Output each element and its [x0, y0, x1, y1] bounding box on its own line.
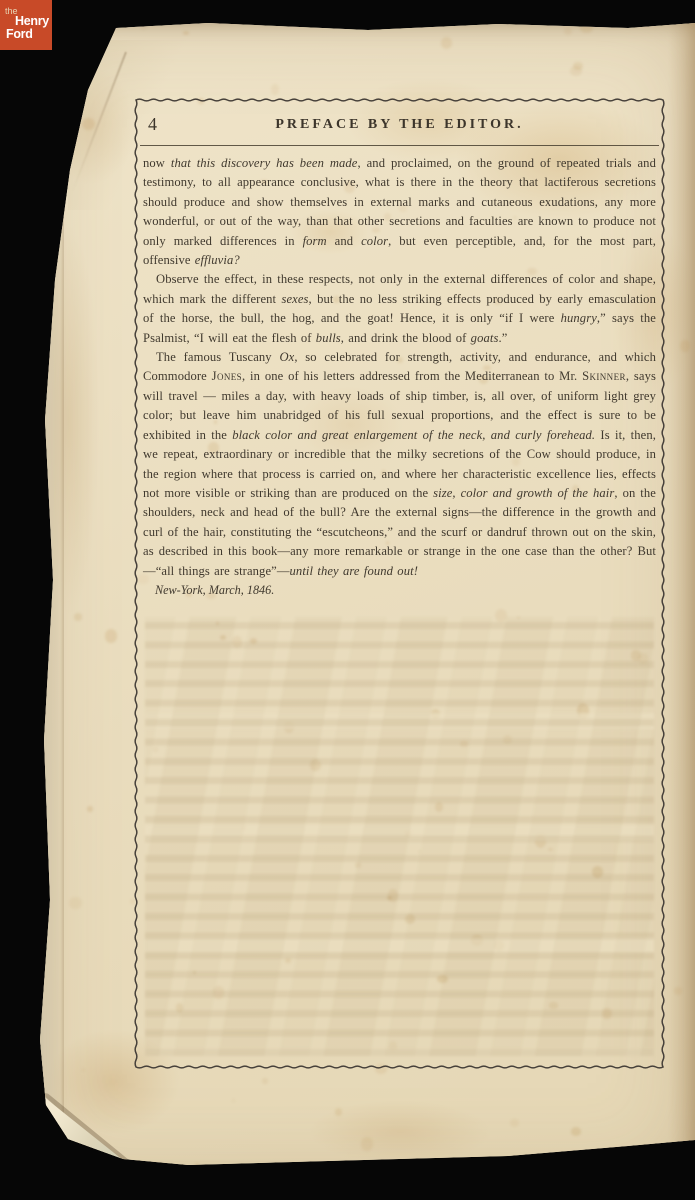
page-right-edge-shading	[669, 20, 695, 1182]
page-number: 4	[148, 114, 157, 135]
text-segment: size, color and growth of the hair	[433, 486, 614, 500]
foxing-spot	[140, 24, 147, 30]
header-rule	[140, 145, 659, 146]
text-segment: that this discovery has been made	[171, 156, 358, 170]
foxing-spot	[98, 1157, 101, 1160]
text-segment: sexes	[281, 292, 308, 306]
foxing-spot	[441, 37, 452, 49]
text-segment: black color and great enlargement of the…	[232, 428, 595, 442]
foxing-spot	[571, 1127, 582, 1136]
foxing-spot	[82, 1069, 85, 1072]
dogear-face	[32, 1092, 132, 1174]
logo-name-line1: Henry	[15, 15, 49, 28]
foxing-spot	[74, 613, 82, 620]
foxing-spot	[232, 1099, 235, 1101]
text-segment: Ox	[279, 350, 294, 364]
foxing-spot	[48, 58, 60, 73]
foxing-spot	[195, 1163, 199, 1166]
foxing-spot	[262, 1078, 269, 1084]
scanned-book-page: 4 PREFACE BY THE EDITOR. now that this d…	[28, 20, 695, 1182]
paragraph: now that this discovery has been made, a…	[143, 154, 656, 270]
dateline: New-York, March, 1846.	[155, 583, 666, 598]
foxing-spot	[602, 1150, 605, 1152]
text-segment: effluvia?	[195, 253, 240, 267]
text-segment: color	[361, 234, 388, 248]
dogear-fold	[32, 1092, 132, 1174]
viewer-background: the Henry Ford 4 PREFACE BY THE EDITOR. …	[0, 0, 695, 1200]
foxing-spot	[87, 806, 92, 812]
text-segment: until they are found out!	[290, 564, 418, 578]
running-head-title: PREFACE BY THE EDITOR.	[133, 114, 666, 133]
foxing-spot	[271, 84, 279, 94]
ghost-text-bleedthrough	[145, 617, 654, 1056]
text-segment: form	[303, 234, 327, 248]
foxing-spot	[680, 340, 690, 353]
foxing-spot	[508, 21, 513, 26]
henry-ford-logo: the Henry Ford	[0, 0, 52, 50]
foxing-spot	[41, 121, 48, 129]
text-segment: bulls	[316, 331, 341, 345]
text-segment: goats	[471, 331, 499, 345]
frame-inner: 4 PREFACE BY THE EDITOR. now that this d…	[133, 97, 666, 1070]
text-segment: The famous Tuscany	[156, 350, 279, 364]
printed-frame: 4 PREFACE BY THE EDITOR. now that this d…	[133, 97, 666, 1070]
text-segment: Jones	[212, 369, 242, 383]
text-segment: , in one of his letters addressed from t…	[242, 369, 582, 383]
text-segment: .”	[498, 331, 507, 345]
text-segment: and	[327, 234, 361, 248]
foxing-spot	[69, 897, 82, 909]
page-left-deckle-edge	[28, 20, 64, 1182]
paragraph: The famous Tuscany Ox, so celebrated for…	[143, 348, 656, 581]
text-segment: now	[143, 156, 171, 170]
text-segment: hungry	[561, 311, 597, 325]
foxing-spot	[580, 23, 593, 33]
foxing-spot	[69, 1143, 71, 1145]
text-segment: , and drink the blood of	[341, 331, 471, 345]
foxing-spot	[564, 27, 572, 35]
paragraph: Observe the effect, in these respects, n…	[143, 270, 656, 348]
foxing-spot	[510, 1119, 519, 1128]
foxing-spot	[105, 629, 117, 642]
foxing-spot	[183, 31, 188, 35]
page-body: now that this discovery has been made, a…	[143, 154, 656, 581]
logo-name-line2: Ford	[6, 28, 33, 41]
text-segment: Skinner	[582, 369, 626, 383]
foxing-spot	[335, 1108, 342, 1116]
foxing-spot	[361, 1137, 374, 1151]
foxing-spot	[82, 118, 95, 130]
page-header: 4 PREFACE BY THE EDITOR.	[133, 114, 666, 138]
